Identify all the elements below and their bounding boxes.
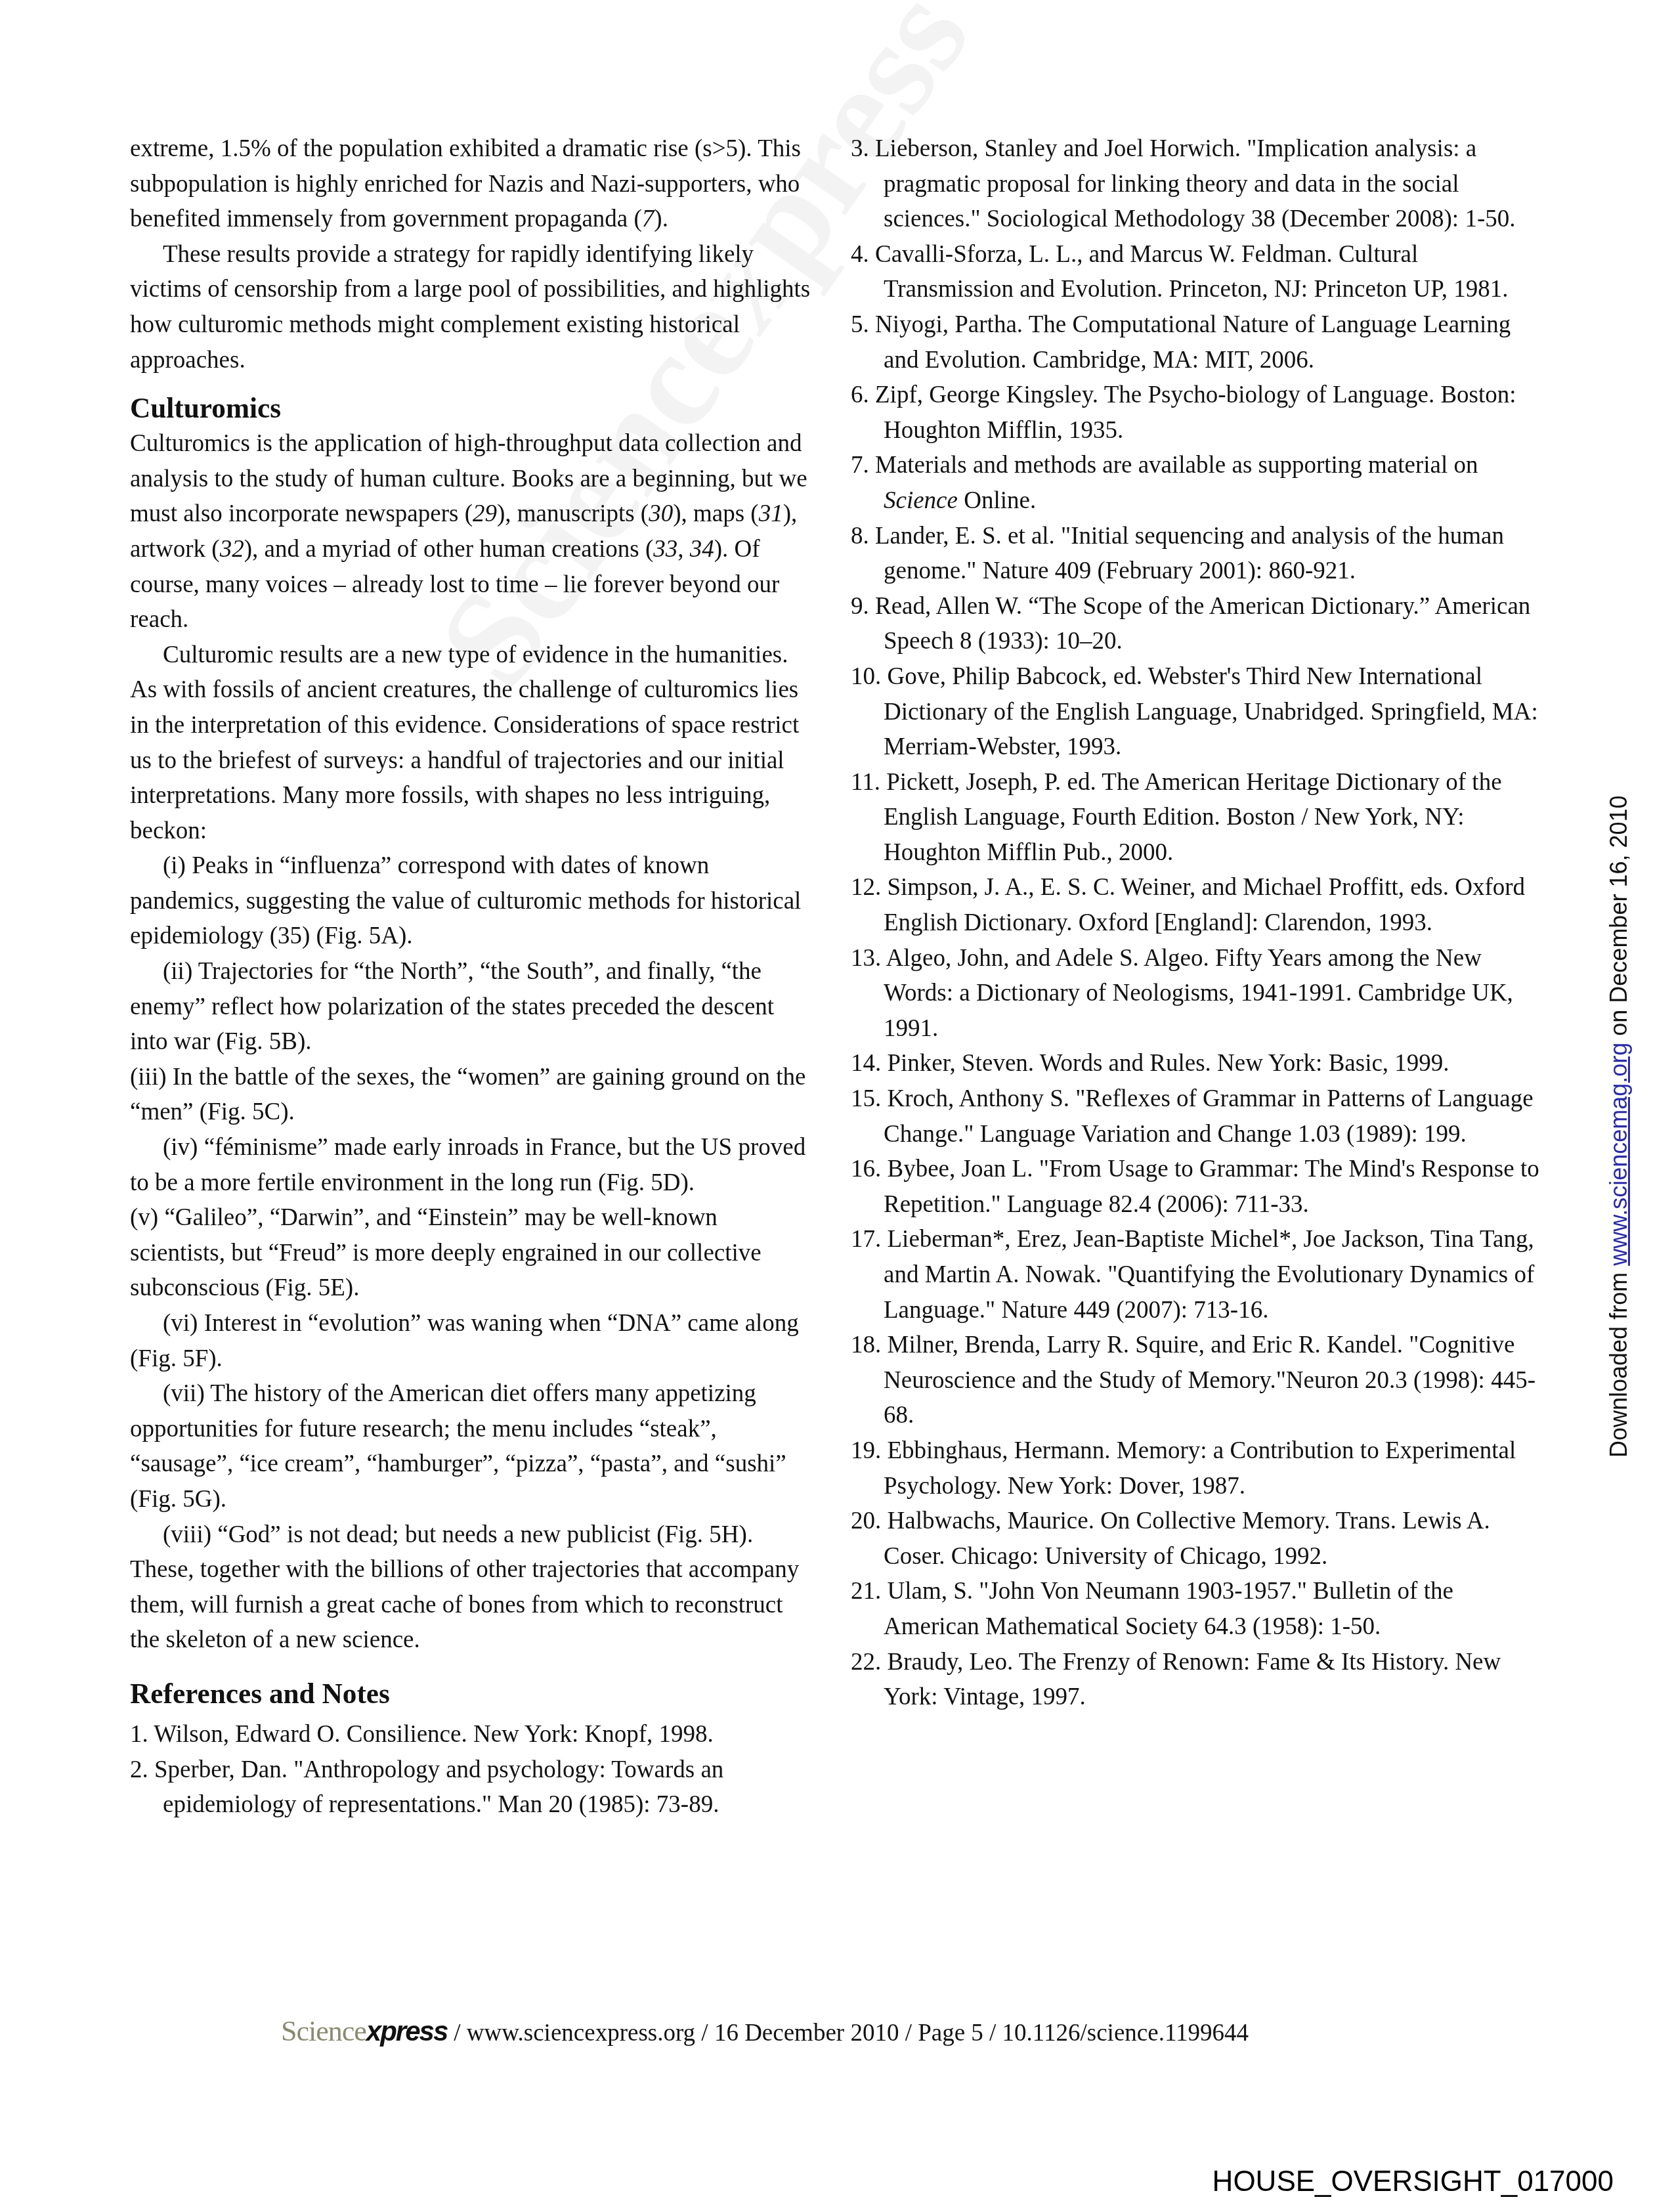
finding-item-iv: (iv) “féminisme” made early inroads in F…	[130, 1130, 813, 1200]
sciencexpress-logo: Sciencexpress	[281, 2014, 447, 2048]
finding-item-vii: (vii) The history of the American diet o…	[130, 1376, 813, 1517]
reference-item: 14. Pinker, Steven. Words and Rules. New…	[851, 1046, 1540, 1081]
reference-item: 1. Wilson, Edward O. Consilience. New Yo…	[130, 1717, 813, 1752]
sciencemag-link[interactable]: www.sciencemag.org	[1605, 1043, 1632, 1266]
citation: 33	[653, 536, 677, 563]
citation: 34	[690, 536, 714, 563]
intro-paragraph-2: These results provide a strategy for rap…	[130, 237, 813, 378]
citation: 31	[759, 500, 783, 527]
reference-item: 15. Kroch, Anthony S. "Reflexes of Gramm…	[851, 1081, 1540, 1152]
reference-item: 22. Braudy, Leo. The Frenzy of Renown: F…	[851, 1645, 1540, 1715]
finding-item-vi: (vi) Interest in “evolution” was waning …	[130, 1306, 813, 1376]
reference-item: 5. Niyogi, Partha. The Computational Nat…	[851, 307, 1540, 378]
reference-item: 12. Simpson, J. A., E. S. C. Weiner, and…	[851, 870, 1540, 940]
reference-item: 3. Lieberson, Stanley and Joel Horwich. …	[851, 131, 1540, 237]
citation: 30	[649, 500, 673, 527]
reference-item: 20. Halbwachs, Maurice. On Collective Me…	[851, 1504, 1540, 1574]
footer-citation: / www.sciencexpress.org / 16 December 20…	[454, 2019, 1249, 2047]
bates-number: HOUSE_OVERSIGHT_017000	[1213, 2165, 1614, 2198]
reference-item: 4. Cavalli-Sforza, L. L., and Marcus W. …	[851, 237, 1540, 307]
reference-item: 18. Milner, Brenda, Larry R. Squire, and…	[851, 1328, 1540, 1433]
reference-item: 6. Zipf, George Kingsley. The Psycho-bio…	[851, 378, 1540, 448]
culturomics-paragraph-1: Culturomics is the application of high-t…	[130, 426, 813, 638]
reference-item: 11. Pickett, Joseph, P. ed. The American…	[851, 765, 1540, 871]
section-heading-culturomics: Culturomics	[130, 391, 813, 426]
finding-item-viii: (viii) “God” is not dead; but needs a ne…	[130, 1517, 813, 1553]
culturomics-paragraph-2: Culturomic results are a new type of evi…	[130, 638, 813, 849]
reference-item: 17. Lieberman*, Erez, Jean-Baptiste Mich…	[851, 1222, 1540, 1328]
finding-item-v: (v) “Galileo”, “Darwin”, and “Einstein” …	[130, 1200, 813, 1306]
reference-item: 13. Algeo, John, and Adele S. Algeo. Fif…	[851, 941, 1540, 1047]
reference-item: 19. Ebbinghaus, Hermann. Memory: a Contr…	[851, 1433, 1540, 1504]
reference-item: 10. Gove, Philip Babcock, ed. Webster's …	[851, 659, 1540, 765]
reference-item: 21. Ulam, S. "John Von Neumann 1903-1957…	[851, 1574, 1540, 1644]
citation: 32	[220, 536, 244, 563]
left-column: extreme, 1.5% of the population exhibite…	[130, 131, 813, 1823]
intro-paragraph: extreme, 1.5% of the population exhibite…	[130, 131, 813, 237]
reference-item: 8. Lander, E. S. et al. "Initial sequenc…	[851, 519, 1540, 589]
reference-item: 16. Bybee, Joan L. "From Usage to Gramma…	[851, 1152, 1540, 1222]
citation: 7	[642, 206, 655, 232]
download-notice: Downloaded from www.sciencemag.org on De…	[1605, 795, 1633, 1458]
citation: 29	[473, 500, 497, 527]
reference-item: 9. Read, Allen W. “The Scope of the Amer…	[851, 589, 1540, 659]
page-footer: Sciencexpress / www.sciencexpress.org / …	[281, 2014, 1410, 2048]
finding-item-ii: (ii) Trajectories for “the North”, “the …	[130, 954, 813, 1060]
right-column: 3. Lieberson, Stanley and Joel Horwich. …	[851, 131, 1540, 1715]
section-heading-references: References and Notes	[130, 1676, 813, 1712]
closing-paragraph: These, together with the billions of oth…	[130, 1552, 813, 1658]
finding-item-iii: (iii) In the battle of the sexes, the “w…	[130, 1060, 813, 1130]
reference-item: 2. Sperber, Dan. "Anthropology and psych…	[130, 1752, 813, 1823]
finding-item-i: (i) Peaks in “influenza” correspond with…	[130, 848, 813, 954]
reference-item: 7. Materials and methods are available a…	[851, 448, 1540, 518]
